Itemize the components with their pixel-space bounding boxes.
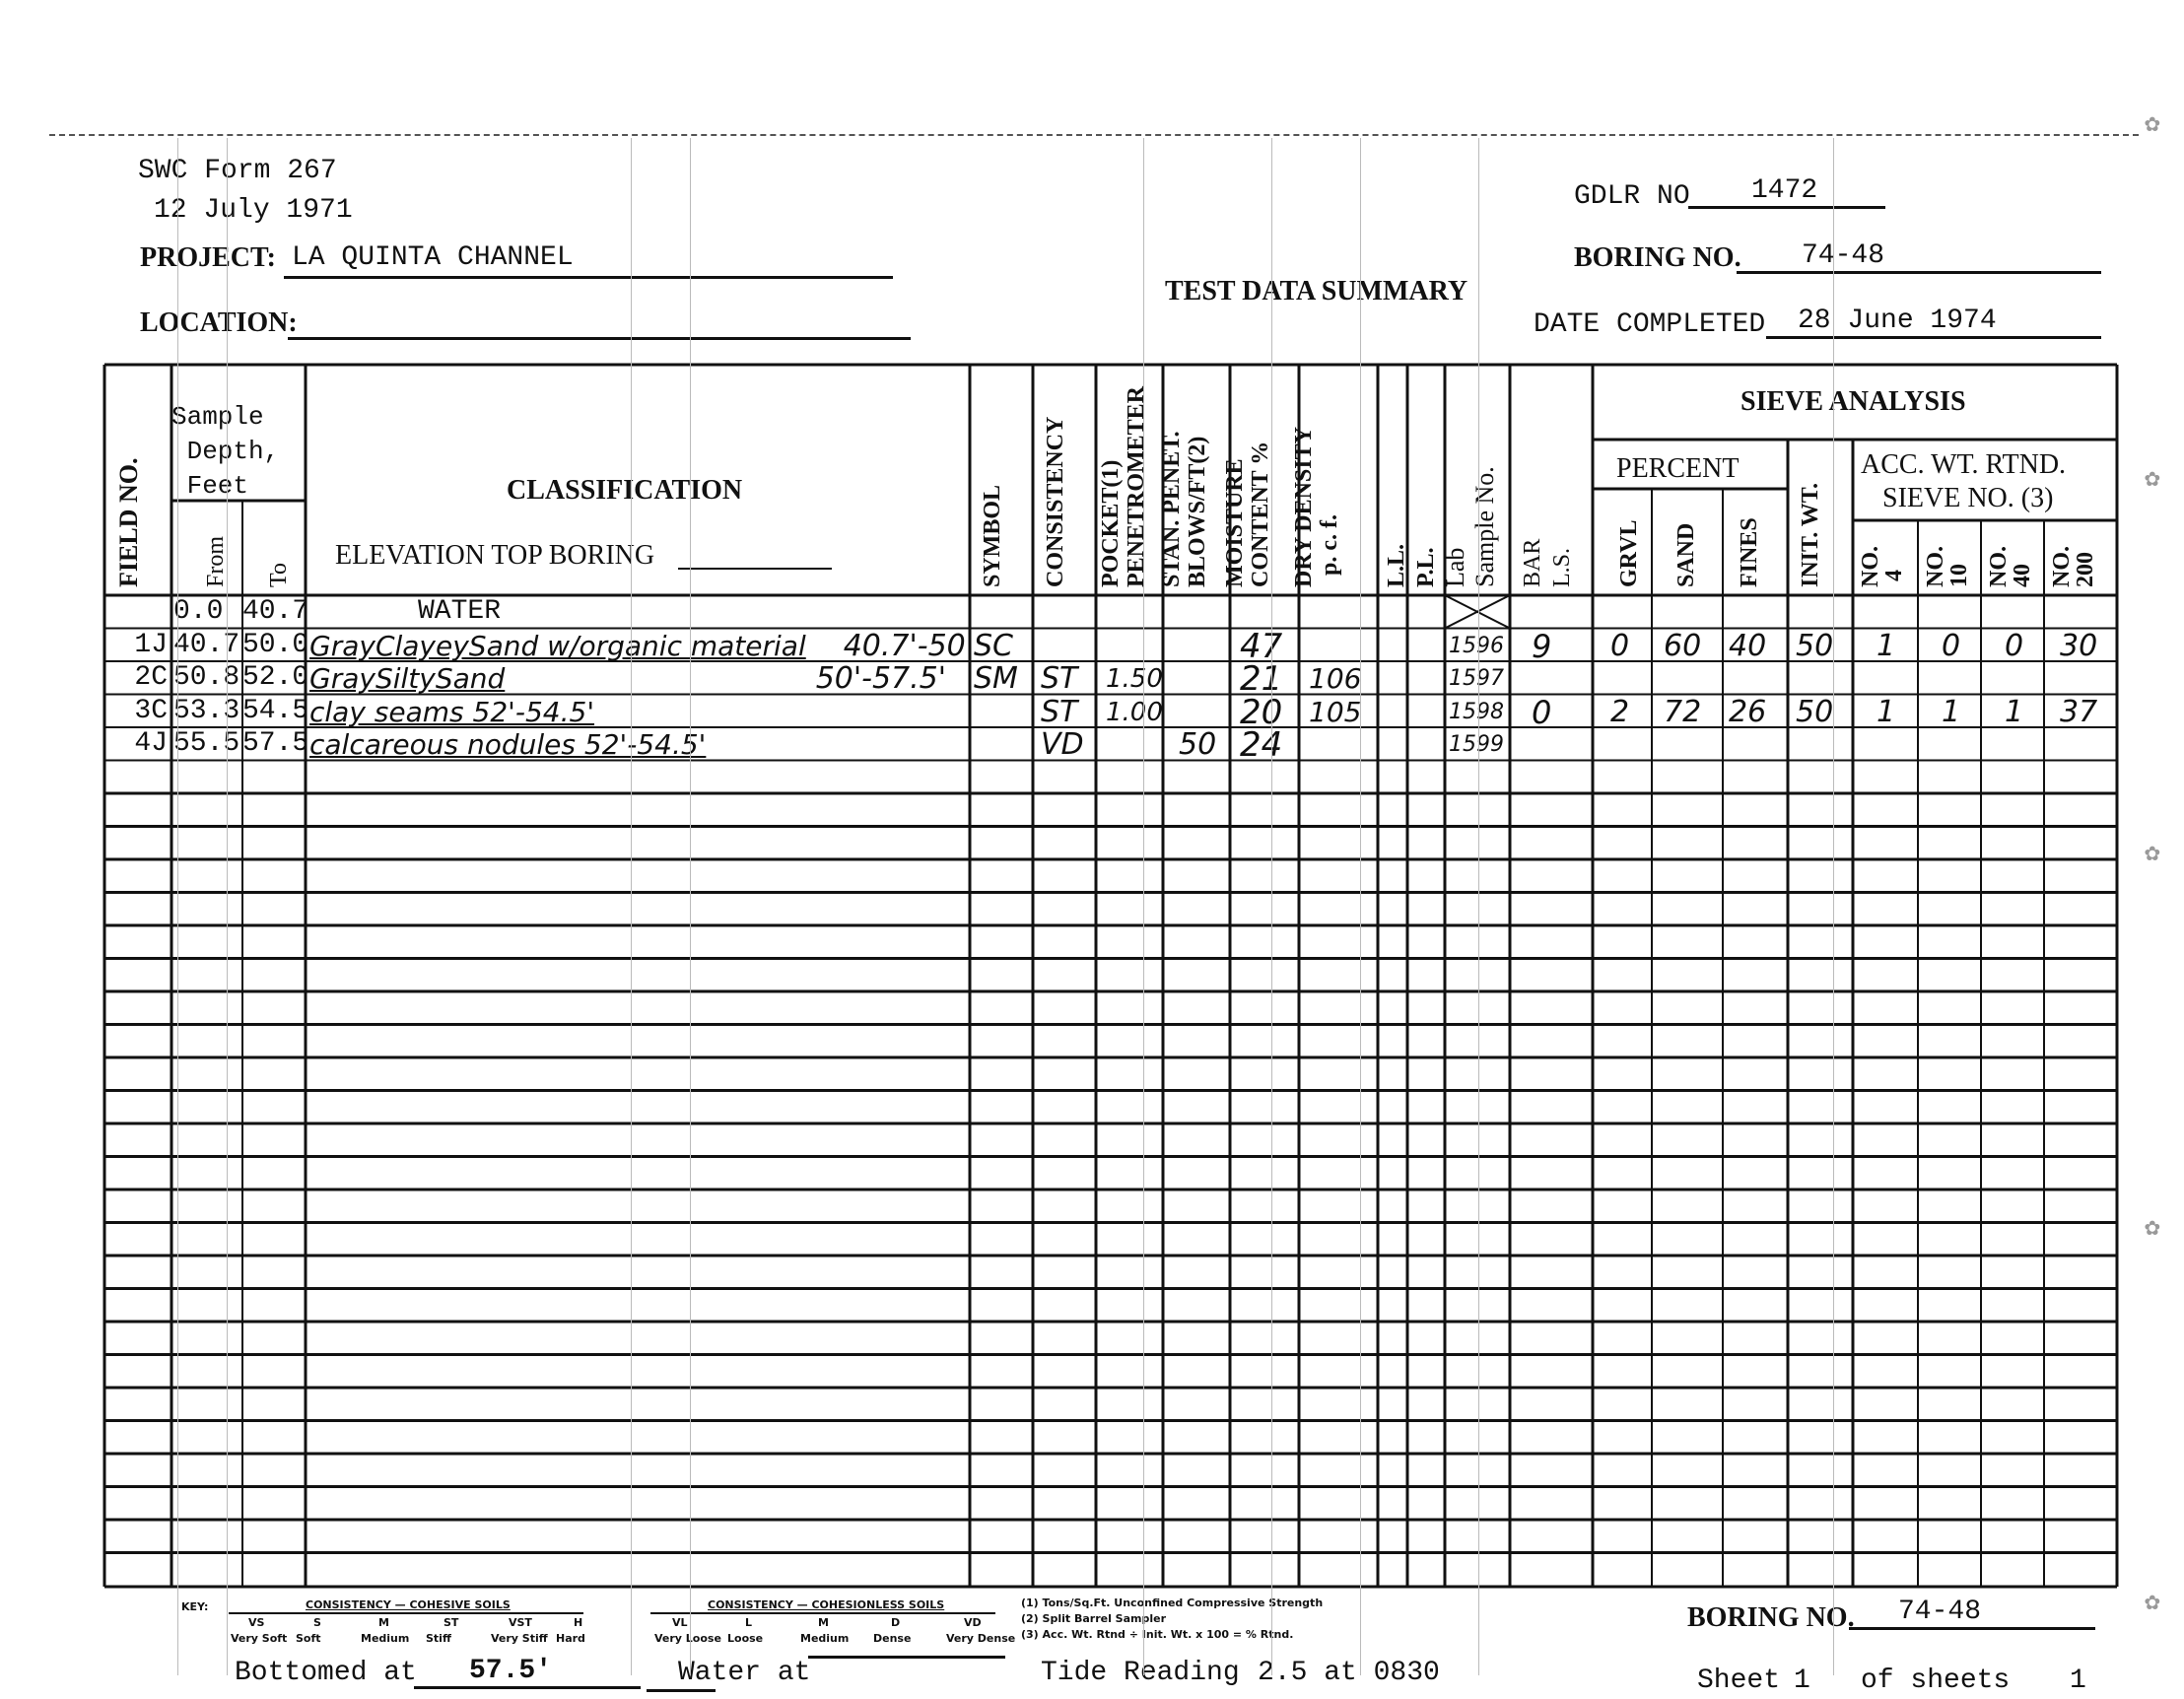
header-acc-wt: ACC. WT. RTND. xyxy=(1861,449,2066,481)
header-pl: P.L. xyxy=(1413,443,1439,587)
scan-streak xyxy=(690,138,691,1675)
of-sheets-label: of sheets xyxy=(1861,1665,2010,1696)
classification-range-cell[interactable]: 50'-57.5' xyxy=(798,661,946,695)
sand-cell[interactable]: 72 xyxy=(1664,695,1701,728)
header-no10: NO. 10 xyxy=(1924,532,1971,587)
key-abbr: ST xyxy=(444,1616,458,1629)
key-cohesionless-title: CONSISTENCY — COHESIONLESS SOILS xyxy=(708,1598,944,1611)
header-fines: FINES xyxy=(1737,493,1762,587)
gdlr-field[interactable]: 1472 xyxy=(1688,175,1885,209)
bar-ls-cell[interactable]: 9 xyxy=(1532,629,1551,662)
classification-cell[interactable]: WATER xyxy=(418,595,501,629)
key-name: Very Stiff xyxy=(491,1632,548,1645)
consistency-cell[interactable]: ST xyxy=(1041,695,1077,728)
scan-streak xyxy=(1143,138,1144,1675)
sand-cell[interactable]: 60 xyxy=(1664,629,1701,662)
binding-mark-icon: ✿ xyxy=(2145,463,2160,494)
key-abbr: VD xyxy=(964,1616,982,1629)
scan-streak xyxy=(1833,138,1834,1675)
key-name: Dense xyxy=(873,1632,911,1645)
header-no200: NO. 200 xyxy=(2050,522,2097,587)
water-field[interactable] xyxy=(808,1656,1005,1659)
lab-sample-cell[interactable]: 1596 xyxy=(1449,629,1504,662)
scan-streak xyxy=(631,138,632,1675)
bottomed-rule-tail xyxy=(647,1689,716,1692)
header-ll: L.L. xyxy=(1384,443,1409,587)
header-bar-ls: BAR L.S. xyxy=(1518,473,1577,587)
date-completed-label: DATE COMPLETED xyxy=(1534,309,1765,340)
header-field-no: FIELD NO. xyxy=(116,424,142,587)
header-lab-sample: Lab Sample No. xyxy=(1441,394,1500,587)
header-sieve-no: SIEVE NO. (3) xyxy=(1882,483,2053,514)
key-name: Loose xyxy=(727,1632,763,1645)
header-sand: SAND xyxy=(1673,505,1699,587)
classification-cell[interactable]: calcareous nodules 52'-54.5' xyxy=(309,727,706,761)
location-field[interactable] xyxy=(288,304,911,340)
header-init-wt: INIT. WT. xyxy=(1798,443,1823,587)
header-percent: PERCENT xyxy=(1616,453,1739,485)
water-label: Water at xyxy=(678,1658,810,1688)
sheet-label: Sheet xyxy=(1697,1665,1780,1696)
form-date: 12 July 1971 xyxy=(154,195,353,226)
key-cohesionless-rule xyxy=(650,1612,995,1614)
key-abbr: L xyxy=(745,1616,752,1629)
header-no4: NO. 4 xyxy=(1859,532,1906,587)
field-no-cell[interactable]: 3C xyxy=(110,695,168,728)
header-elevation: ELEVATION TOP BORING xyxy=(335,540,654,572)
key-name: Hard xyxy=(556,1632,585,1645)
classification-cell[interactable]: GraySiltySand xyxy=(309,661,505,695)
header-symbol: SYMBOL xyxy=(980,374,1005,587)
key-abbr: VL xyxy=(672,1616,688,1629)
header-no40: NO. 40 xyxy=(1987,532,2034,587)
key-name: Medium xyxy=(361,1632,409,1645)
footer-boring-label: BORING NO. xyxy=(1687,1602,1855,1634)
key-name: Very Soft xyxy=(231,1632,287,1645)
header-dry-density: DRY DENSITY p. c. f. xyxy=(1291,374,1342,587)
header-grvl: GRVL xyxy=(1616,505,1642,587)
field-no-cell[interactable]: 1J xyxy=(110,629,168,662)
sheet-value[interactable]: 1 xyxy=(1794,1665,1810,1696)
of-sheets-value[interactable]: 1 xyxy=(2070,1665,2086,1696)
scan-streak xyxy=(1271,138,1272,1675)
key-name: Medium xyxy=(800,1632,849,1645)
key-name: Very Dense xyxy=(946,1632,1015,1645)
moisture-cell[interactable]: 21 xyxy=(1240,661,1282,695)
classification-cell[interactable]: GrayClayeySand w/organic material xyxy=(309,629,806,662)
header-classification: CLASSIFICATION xyxy=(507,475,742,507)
no40-cell[interactable]: 1 xyxy=(2005,695,2023,728)
depth-from-cell[interactable]: 55.5 xyxy=(173,727,239,761)
key-abbr: S xyxy=(313,1616,321,1629)
key-note-1: (1) Tons/Sq.Ft. Unconfined Compressive S… xyxy=(1021,1597,1323,1609)
lab-sample-cell[interactable]: 1597 xyxy=(1449,661,1504,695)
consistency-cell[interactable]: VD xyxy=(1041,727,1084,761)
moisture-cell[interactable]: 20 xyxy=(1240,695,1282,728)
depth-to-cell[interactable]: 57.5 xyxy=(242,727,308,761)
depth-to-cell[interactable]: 52.0 xyxy=(242,661,308,695)
date-completed-field[interactable]: 28 June 1974 xyxy=(1766,306,2101,339)
no40-cell[interactable]: 0 xyxy=(2005,629,2023,662)
field-no-cell[interactable] xyxy=(110,595,168,629)
no10-cell[interactable]: 0 xyxy=(1942,629,1960,662)
binding-mark-icon: ✿ xyxy=(2145,1212,2160,1243)
scan-streak xyxy=(1360,138,1361,1675)
key-abbr: D xyxy=(891,1616,900,1629)
pocket-penetrometer-cell[interactable]: 1.00 xyxy=(1106,695,1163,728)
binding-mark-icon: ✿ xyxy=(2145,108,2160,139)
depth-to-cell[interactable]: 54.5 xyxy=(242,695,308,728)
key-note-3: (3) Acc. Wt. Rtnd ÷ Init. Wt. x 100 = % … xyxy=(1021,1628,1293,1641)
bottomed-field[interactable]: 57.5' xyxy=(414,1656,641,1689)
project-field[interactable]: LA QUINTA CHANNEL xyxy=(284,242,893,279)
form-id: SWC Form 267 xyxy=(138,156,337,186)
depth-to-cell[interactable]: 40.7 xyxy=(242,595,308,629)
depth-from-cell[interactable]: 50.8 xyxy=(173,661,239,695)
init-wt-cell[interactable]: 50 xyxy=(1796,695,1833,728)
key-name: Soft xyxy=(296,1632,321,1645)
key-abbr: H xyxy=(574,1616,582,1629)
scan-streak xyxy=(1478,138,1479,1675)
dry-density-cell[interactable]: 106 xyxy=(1309,661,1361,695)
project-label: PROJECT: xyxy=(140,242,276,274)
symbol-cell[interactable]: SC xyxy=(974,629,1013,662)
key-abbr: VS xyxy=(248,1616,264,1629)
classification-cell[interactable]: clay seams 52'-54.5' xyxy=(309,695,594,728)
key-label: KEY: xyxy=(181,1600,208,1613)
no200-cell[interactable]: 30 xyxy=(2060,629,2097,662)
scan-streak xyxy=(177,138,178,1675)
header-stan-penet: STAN. PENET. BLOWS/FT(2) xyxy=(1159,374,1210,587)
depth-to-cell[interactable]: 50.0 xyxy=(242,629,308,662)
fines-cell[interactable]: 40 xyxy=(1729,629,1766,662)
elevation-field[interactable] xyxy=(678,568,832,570)
init-wt-cell[interactable]: 50 xyxy=(1796,629,1833,662)
key-abbr: M xyxy=(378,1616,389,1629)
no4-cell[interactable]: 1 xyxy=(1877,695,1895,728)
consistency-cell[interactable]: ST xyxy=(1041,661,1077,695)
key-name: Very Loose xyxy=(654,1632,721,1645)
header-from: From xyxy=(203,516,229,587)
classification-range-cell[interactable] xyxy=(798,727,946,761)
depth-from-cell[interactable]: 53.3 xyxy=(173,695,239,728)
header-sample-depth: Sample Depth, Feet xyxy=(171,400,279,504)
field-no-cell[interactable]: 4J xyxy=(110,727,168,761)
key-abbr: M xyxy=(818,1616,829,1629)
footer-boring-field[interactable]: 74-48 xyxy=(1849,1597,2095,1630)
scan-streak xyxy=(227,138,228,1675)
boring-label: BORING NO. xyxy=(1574,242,1741,274)
pocket-penetrometer-cell[interactable]: 1.50 xyxy=(1106,661,1163,695)
moisture-cell[interactable]: 47 xyxy=(1240,629,1282,662)
tide-value[interactable]: 2.5 at 0830 xyxy=(1258,1658,1440,1688)
location-label: LOCATION: xyxy=(140,307,298,339)
lab-sample-cell[interactable]: 1599 xyxy=(1449,727,1504,761)
header-moisture: MOISTURE CONTENT % xyxy=(1222,374,1273,587)
grvl-cell[interactable]: 2 xyxy=(1610,695,1629,728)
stan-penet-cell[interactable]: 50 xyxy=(1179,727,1216,761)
depth-from-cell[interactable]: 0.0 xyxy=(173,595,223,629)
key-abbr: VST xyxy=(509,1616,532,1629)
header-pocket-penetrometer: POCKET(1) PENETROMETER xyxy=(1098,374,1149,587)
no4-cell[interactable]: 1 xyxy=(1877,629,1895,662)
classification-range-cell[interactable] xyxy=(798,695,946,728)
binding-mark-icon: ✿ xyxy=(2145,1587,2160,1617)
no200-cell[interactable]: 37 xyxy=(2060,695,2097,728)
boring-field[interactable]: 74-48 xyxy=(1737,240,2101,274)
fines-cell[interactable]: 26 xyxy=(1729,695,1766,728)
moisture-cell[interactable]: 24 xyxy=(1240,727,1282,761)
key-cohesive-title: CONSISTENCY — COHESIVE SOILS xyxy=(306,1598,511,1611)
no10-cell[interactable]: 1 xyxy=(1942,695,1960,728)
page-title: TEST DATA SUMMARY xyxy=(1165,276,1467,307)
grvl-cell[interactable]: 0 xyxy=(1610,629,1629,662)
gdlr-label: GDLR NO xyxy=(1574,181,1690,212)
symbol-cell[interactable]: SM xyxy=(974,661,1018,695)
bottomed-label: Bottomed at xyxy=(235,1658,417,1688)
classification-range-cell[interactable]: 40.7'-50' xyxy=(826,629,974,662)
field-no-cell[interactable]: 2C xyxy=(110,661,168,695)
tide-label: Tide Reading xyxy=(1041,1658,1240,1688)
lab-sample-cell[interactable]: 1598 xyxy=(1449,695,1504,728)
dry-density-cell[interactable]: 105 xyxy=(1309,695,1361,728)
key-name: Stiff xyxy=(426,1632,451,1645)
binding-mark-icon: ✿ xyxy=(2145,838,2160,868)
bar-ls-cell[interactable]: 0 xyxy=(1532,695,1551,728)
page-top-edge xyxy=(49,134,2139,136)
header-to: To xyxy=(266,532,292,587)
key-cohesive-rule xyxy=(229,1612,583,1614)
depth-from-cell[interactable]: 40.7 xyxy=(173,629,239,662)
header-sieve-analysis: SIEVE ANALYSIS xyxy=(1740,386,1966,418)
header-consistency: CONSISTENCY xyxy=(1043,374,1068,587)
